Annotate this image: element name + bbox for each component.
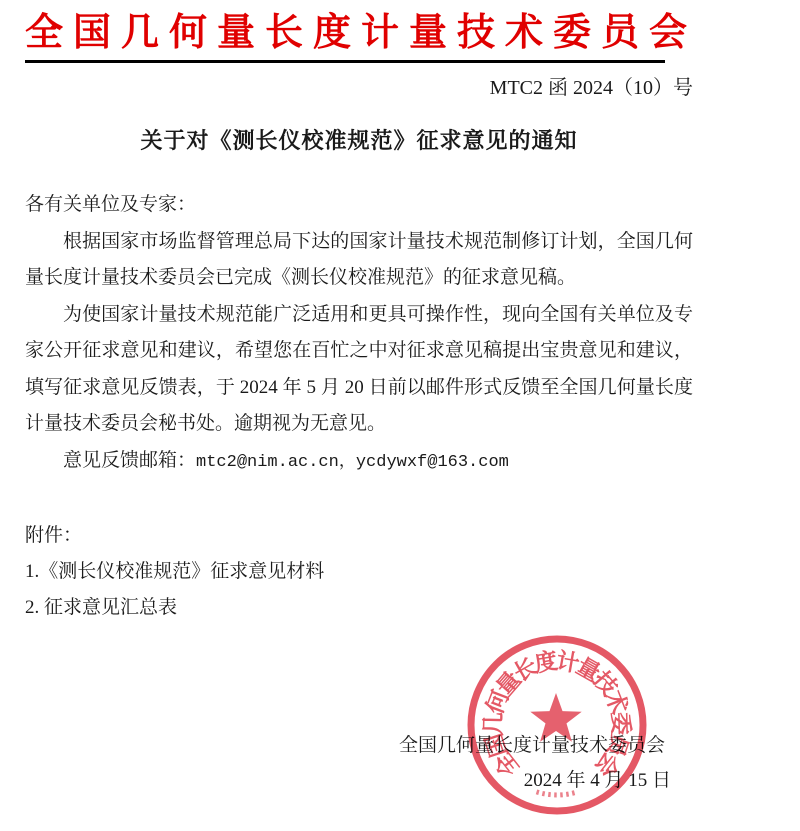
email-line: 意见反馈邮箱：mtc2@nim.ac.cn，ycdywxf@163.com	[25, 443, 693, 482]
email-label: 意见反馈邮箱：	[63, 450, 196, 471]
letterhead: 全国几何量长度计量技术委员会 MTC2 函 2024（10）号	[25, 9, 693, 101]
attachment-item-1: 1.《测长仪校准规范》征求意见材料	[25, 554, 693, 590]
signature-block: 全国几何量长度计量技术委员会 2024 年 4 月 15 日	[25, 728, 693, 798]
salutation: 各有关单位及专家：	[25, 187, 693, 224]
attachments-section: 附件： 1.《测长仪校准规范》征求意见材料 2. 征求意见汇总表	[25, 518, 693, 626]
document-content: 全国几何量长度计量技术委员会 MTC2 函 2024（10）号 关于对《测长仪校…	[25, 0, 693, 798]
paragraph-2: 为使国家计量技术规范能广泛适用和更具可操作性，现向全国有关单位及专家公开征求意见…	[25, 297, 693, 443]
doc-number: MTC2 函 2024（10）号	[25, 75, 693, 101]
letterhead-divider	[25, 60, 665, 63]
notice-body: 各有关单位及专家： 根据国家市场监督管理总局下达的国家计量技术规范制修订计划，全…	[25, 187, 693, 481]
attachments-label: 附件：	[25, 518, 693, 554]
notice-title: 关于对《测长仪校准规范》征求意见的通知	[25, 127, 693, 155]
signature-org-name: 全国几何量长度计量技术委员会	[25, 728, 693, 763]
document-page: 全国几何量长度计量技术委员会 MTC2 函 2024（10）号 关于对《测长仪校…	[0, 0, 800, 831]
signature-date: 2024 年 4 月 15 日	[25, 763, 693, 798]
email-addresses: mtc2@nim.ac.cn，ycdywxf@163.com	[196, 453, 509, 472]
attachment-item-2: 2. 征求意见汇总表	[25, 590, 693, 626]
paragraph-1: 根据国家市场监督管理总局下达的国家计量技术规范制修订计划，全国几何量长度计量技术…	[25, 224, 693, 297]
letterhead-org-name: 全国几何量长度计量技术委员会	[25, 9, 665, 57]
